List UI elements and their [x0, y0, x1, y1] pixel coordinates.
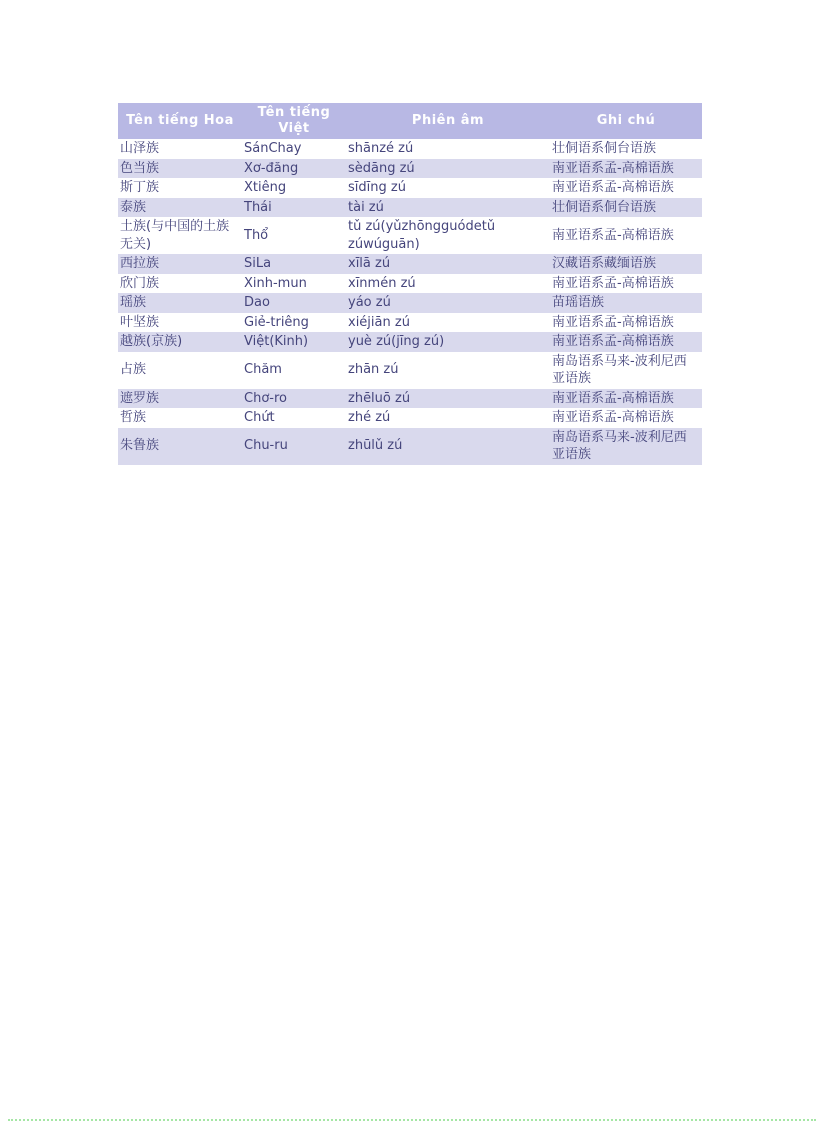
table-row: 色当族Xơ-đăngsèdāng zú南亚语系孟-高棉语族 — [118, 159, 702, 179]
table-cell: 叶坚族 — [118, 313, 242, 333]
table-cell: xīlā zú — [346, 254, 550, 274]
table-cell: Giẻ-triêng — [242, 313, 346, 333]
table-cell: tǔ zú(yǔzhōngguódetǔ zúwúguān) — [346, 217, 550, 254]
table-cell: shānzé zú — [346, 139, 550, 159]
table-cell: sèdāng zú — [346, 159, 550, 179]
table-cell: 南亚语系孟-高棉语族 — [550, 408, 702, 428]
ethnic-groups-table: Tên tiếng HoaTên tiếng ViệtPhiên âmGhi c… — [118, 103, 702, 465]
table-cell: zhēluō zú — [346, 389, 550, 409]
table-cell: 瑶族 — [118, 293, 242, 313]
table-cell: Chu-ru — [242, 428, 346, 465]
table-cell: 苗瑶语族 — [550, 293, 702, 313]
header-cell-3: Phiên âm — [346, 103, 550, 139]
table-cell: SánChay — [242, 139, 346, 159]
table-body: 山泽族SánChayshānzé zú壮侗语系侗台语族色当族Xơ-đăngsèd… — [118, 139, 702, 465]
table-cell: 斯丁族 — [118, 178, 242, 198]
table-cell: 南亚语系孟-高棉语族 — [550, 313, 702, 333]
table-cell: xiéjiān zú — [346, 313, 550, 333]
table-row: 遮罗族Chơ-rozhēluō zú南亚语系孟-高棉语族 — [118, 389, 702, 409]
table-cell: 壮侗语系侗台语族 — [550, 198, 702, 218]
table-header: Tên tiếng HoaTên tiếng ViệtPhiên âmGhi c… — [118, 103, 702, 139]
table-cell: sīdīng zú — [346, 178, 550, 198]
table-cell: 南岛语系马来-波利尼西亚语族 — [550, 352, 702, 389]
table-cell: Chăm — [242, 352, 346, 389]
header-cell-4: Ghi chú — [550, 103, 702, 139]
table-header-row: Tên tiếng HoaTên tiếng ViệtPhiên âmGhi c… — [118, 103, 702, 139]
table-cell: Xinh-mun — [242, 274, 346, 294]
table-cell: 朱鲁族 — [118, 428, 242, 465]
table-cell: 哲族 — [118, 408, 242, 428]
table-cell: Xơ-đăng — [242, 159, 346, 179]
table-cell: Xtiêng — [242, 178, 346, 198]
table-cell: yáo zú — [346, 293, 550, 313]
table-cell: tài zú — [346, 198, 550, 218]
table-cell: Dao — [242, 293, 346, 313]
table-row: 山泽族SánChayshānzé zú壮侗语系侗台语族 — [118, 139, 702, 159]
table-row: 泰族Tháitài zú壮侗语系侗台语族 — [118, 198, 702, 218]
table-row: 叶坚族Giẻ-triêngxiéjiān zú南亚语系孟-高棉语族 — [118, 313, 702, 333]
table-row: 西拉族SiLaxīlā zú汉藏语系藏缅语族 — [118, 254, 702, 274]
table-cell: 西拉族 — [118, 254, 242, 274]
table-row: 越族(京族)Việt(Kinh)yuè zú(jīng zú)南亚语系孟-高棉语… — [118, 332, 702, 352]
table-cell: SiLa — [242, 254, 346, 274]
table-row: 哲族Chứtzhé zú南亚语系孟-高棉语族 — [118, 408, 702, 428]
table-row: 朱鲁族Chu-ruzhūlǔ zú南岛语系马来-波利尼西亚语族 — [118, 428, 702, 465]
table-cell: 遮罗族 — [118, 389, 242, 409]
table-cell: zhān zú — [346, 352, 550, 389]
header-cell-2: Tên tiếng Việt — [242, 103, 346, 139]
table-cell: xīnmén zú — [346, 274, 550, 294]
table-cell: Việt(Kinh) — [242, 332, 346, 352]
table-cell: Thổ — [242, 217, 346, 254]
table-cell: 色当族 — [118, 159, 242, 179]
table-cell: 占族 — [118, 352, 242, 389]
table-cell: 欣门族 — [118, 274, 242, 294]
table-cell: zhé zú — [346, 408, 550, 428]
table-cell: 山泽族 — [118, 139, 242, 159]
table-cell: Thái — [242, 198, 346, 218]
table-row: 土族(与中国的土族无关)Thổtǔ zú(yǔzhōngguódetǔ zúwú… — [118, 217, 702, 254]
table-cell: 壮侗语系侗台语族 — [550, 139, 702, 159]
table-row: 斯丁族Xtiêngsīdīng zú南亚语系孟-高棉语族 — [118, 178, 702, 198]
page-break-dotted-line — [8, 1119, 816, 1121]
table-cell: zhūlǔ zú — [346, 428, 550, 465]
table-cell: yuè zú(jīng zú) — [346, 332, 550, 352]
header-cell-1: Tên tiếng Hoa — [118, 103, 242, 139]
table-cell: 南亚语系孟-高棉语族 — [550, 159, 702, 179]
table-cell: 南亚语系孟-高棉语族 — [550, 217, 702, 254]
table-cell: Chứt — [242, 408, 346, 428]
table-cell: 泰族 — [118, 198, 242, 218]
table-cell: 南亚语系孟-高棉语族 — [550, 178, 702, 198]
table-cell: 南亚语系孟-高棉语族 — [550, 274, 702, 294]
table-cell: 南亚语系孟-高棉语族 — [550, 389, 702, 409]
table-row: 占族Chămzhān zú南岛语系马来-波利尼西亚语族 — [118, 352, 702, 389]
table-cell: 南岛语系马来-波利尼西亚语族 — [550, 428, 702, 465]
table-cell: 汉藏语系藏缅语族 — [550, 254, 702, 274]
table-cell: 越族(京族) — [118, 332, 242, 352]
table-row: 瑶族Daoyáo zú苗瑶语族 — [118, 293, 702, 313]
table-cell: 土族(与中国的土族无关) — [118, 217, 242, 254]
table-cell: Chơ-ro — [242, 389, 346, 409]
document-page: Tên tiếng HoaTên tiếng ViệtPhiên âmGhi c… — [0, 0, 816, 1123]
table-cell: 南亚语系孟-高棉语族 — [550, 332, 702, 352]
table-row: 欣门族Xinh-munxīnmén zú南亚语系孟-高棉语族 — [118, 274, 702, 294]
